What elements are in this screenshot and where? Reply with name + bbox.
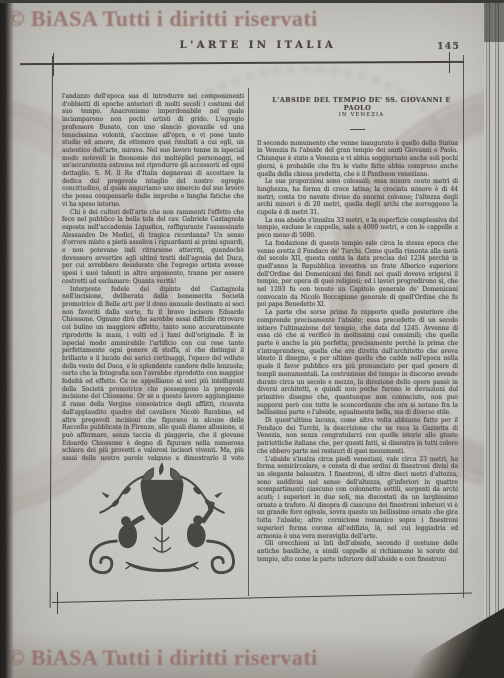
paragraph: Chi è dei cultori dell'arte che non ramm… <box>62 209 244 286</box>
paragraph: Gli orecchioni ai lati dell'abside, seco… <box>257 540 458 563</box>
right-column: L'ABSIDE DEL TEMPIO DE' SS. GIOVANNI E P… <box>257 96 458 570</box>
paragraph: Il secondo monumento che venne inaugurat… <box>257 140 458 179</box>
frame-tick-bottom-left <box>57 592 58 614</box>
paragraph: La parte che sorse prima fu rapporto que… <box>257 309 458 417</box>
page-stack-edge <box>484 0 504 678</box>
watermark-top: © BiASA Tutti i diritti riservati <box>8 6 488 32</box>
ornamental-tailpiece-engraving <box>86 460 238 588</box>
paragraph: L'abside s'inalza circa piedi veneziani,… <box>257 456 458 541</box>
left-column: l'andazzo dell'epoca sua di introdurre n… <box>62 93 244 461</box>
book-binding-edge <box>0 0 14 678</box>
paragraph: Di quest'ultima lacuna, come altra volta… <box>257 417 458 456</box>
footer-rule <box>52 592 472 603</box>
journal-title: L'ARTE IN ITALIA <box>0 40 504 51</box>
frame-line-right <box>463 55 464 598</box>
header-rule <box>20 61 464 65</box>
paragraph: Interprete fedele del dipinto del Castag… <box>62 286 244 461</box>
article-subtitle: IN VENEZIA <box>257 112 458 120</box>
page-number: 145 <box>437 41 460 52</box>
paragraph: l'andazzo dell'epoca sua di introdurre n… <box>62 93 244 209</box>
frame-tick-top-right <box>449 52 450 73</box>
paragraph: Le sue proporzioni sono colossali; essa … <box>257 178 458 217</box>
page-top-edge <box>0 0 504 3</box>
column-divider-rule <box>248 88 249 596</box>
paragraph: La sua abside s'innalza 33 metri, e la s… <box>257 217 458 240</box>
title-rule-divider <box>350 129 365 130</box>
scanned-book-page: © BiASA Tutti i diritti riservati © BiAS… <box>0 0 504 678</box>
article-title: L'ABSIDE DEL TEMPIO DE' SS. GIOVANNI E P… <box>257 96 458 112</box>
frame-line-left <box>50 56 54 608</box>
paragraph: La fondazione di questo tempio sale circ… <box>257 240 458 309</box>
